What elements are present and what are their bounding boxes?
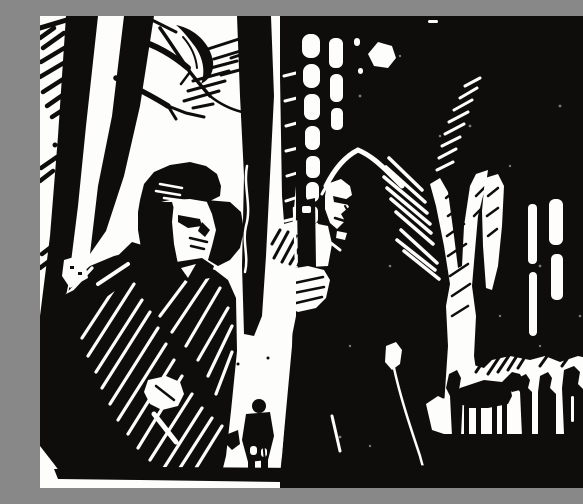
woodcut-canvas: [40, 16, 583, 488]
leaf-speck: [53, 143, 58, 148]
woodcut-illustration: [40, 16, 583, 488]
